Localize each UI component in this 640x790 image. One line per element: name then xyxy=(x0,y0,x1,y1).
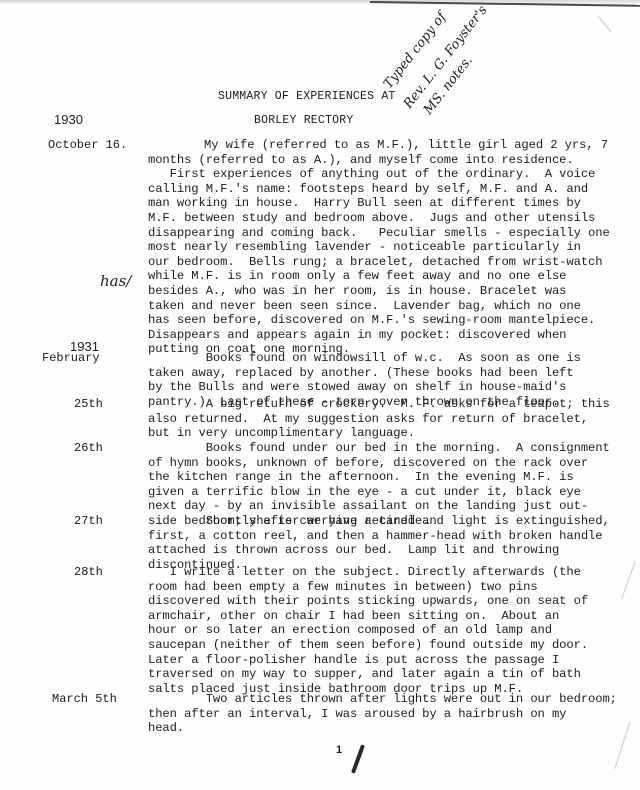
entry-text-line: calling M.F.'s name: footsteps heard by … xyxy=(148,182,588,196)
entry-text-line: by the Bulls and were stowed away on she… xyxy=(148,380,566,394)
entry-text-line: taken and never been seen since. Lavende… xyxy=(148,299,581,313)
scan-artifact xyxy=(598,16,612,32)
page-number: 1 xyxy=(336,744,342,756)
entry-text-line: of hymn books, unknown of before, discov… xyxy=(148,456,588,470)
entry-text-line: Disappears and appears again in my pocke… xyxy=(148,328,566,342)
entry-text-line: M.F. between study and bedroom above. Ju… xyxy=(148,211,595,225)
entry-date: 26th xyxy=(74,441,103,455)
entry-text-line: given a terrific blow in the eye - a cut… xyxy=(148,485,581,499)
entry-text-line: discovered with their points sticking up… xyxy=(148,594,588,608)
entry-text-line: next day - by an invisible assailant on … xyxy=(148,499,588,513)
entry-text-line: Books found under our bed in the morning… xyxy=(148,441,610,455)
entry-text-line: attached is thrown across our bed. Lamp … xyxy=(148,543,559,557)
entry-text-line: Two articles thrown after lights were ou… xyxy=(148,692,617,706)
entry-date: February xyxy=(42,351,100,365)
year-heading-1930: 1930 xyxy=(54,112,83,127)
pen-stroke-mark xyxy=(351,744,365,774)
entry-text-line: head. xyxy=(148,721,184,735)
entry-text-line: besides A., who was in her room, is in h… xyxy=(148,284,566,298)
entry-text-line: Shortly after we have retired and light … xyxy=(148,514,610,528)
entry-text-line: the kitchen range in the afternoon. In t… xyxy=(148,470,574,484)
entry-text-line: room had been empty a few minutes in bet… xyxy=(148,580,538,594)
entry-date: March 5th xyxy=(52,692,117,706)
entry-text-line: First experiences of anything out of the… xyxy=(148,167,595,181)
handwritten-margin-note: has/ xyxy=(100,272,131,290)
entry-text-line: A big return of crockery. M. F. asks for… xyxy=(148,397,610,411)
entry-text-line: Books found on windowsill of w.c. As soo… xyxy=(148,351,581,365)
entry-text-line: first, a cotton reel, and then a hammer-… xyxy=(148,529,602,543)
entry-text-line: most nearly resembling lavender - notice… xyxy=(148,240,581,254)
entry-text-line: man working in house. Harry Bull seen at… xyxy=(148,196,581,210)
entry-text-line: Later a floor-polisher handle is put acr… xyxy=(148,653,559,667)
document-page: SUMMARY OF EXPERIENCES AT BORLEY RECTORY… xyxy=(0,0,640,790)
entry-text-line: traversed on my way to supper, and later… xyxy=(148,667,581,681)
entry-date: 28th xyxy=(74,565,103,579)
entry-text-line: My wife (referred to as M.F.), little gi… xyxy=(204,138,608,152)
entry-text-line: hour or so later an erection composed of… xyxy=(148,623,552,637)
entry-text-line: also returned. At my suggestion asks for… xyxy=(148,412,588,426)
entry-text-line: has seen before, discovered on M.F.'s se… xyxy=(148,313,595,327)
document-title-line-1: SUMMARY OF EXPERIENCES AT xyxy=(218,90,396,103)
scan-artifact xyxy=(614,721,630,769)
entry-text-line: I write a letter on the subject. Directl… xyxy=(148,565,581,579)
entry-text-line: months (referred to as A.), and myself c… xyxy=(148,153,574,167)
entry-date: 25th xyxy=(74,397,103,411)
entry-text-line: disappearing and coming back. Peculiar s… xyxy=(148,226,610,240)
entry-text-line: armchair, other on chair I had been sitt… xyxy=(148,609,559,623)
entry-text-line: then after an interval, I was aroused by… xyxy=(148,707,566,721)
entry-text-line: while M.F. is in room only a few feet aw… xyxy=(148,269,566,283)
document-title-line-2: BORLEY RECTORY xyxy=(254,114,353,127)
entry-date: October 16. xyxy=(48,138,127,152)
entry-text-line: taken away, replaced by another. (These … xyxy=(148,366,574,380)
scan-artifact xyxy=(621,561,636,599)
entry-text-line: saucepan (neither of them seen before) f… xyxy=(148,638,588,652)
entry-text-line: but in very uncomplimentary language. xyxy=(148,426,415,440)
entry-text-line: our bedroom. Bells rung; a bracelet, det… xyxy=(148,255,602,269)
entry-date: 27th xyxy=(74,514,103,528)
handwritten-note-line-1: Typed copy of xyxy=(382,10,449,91)
